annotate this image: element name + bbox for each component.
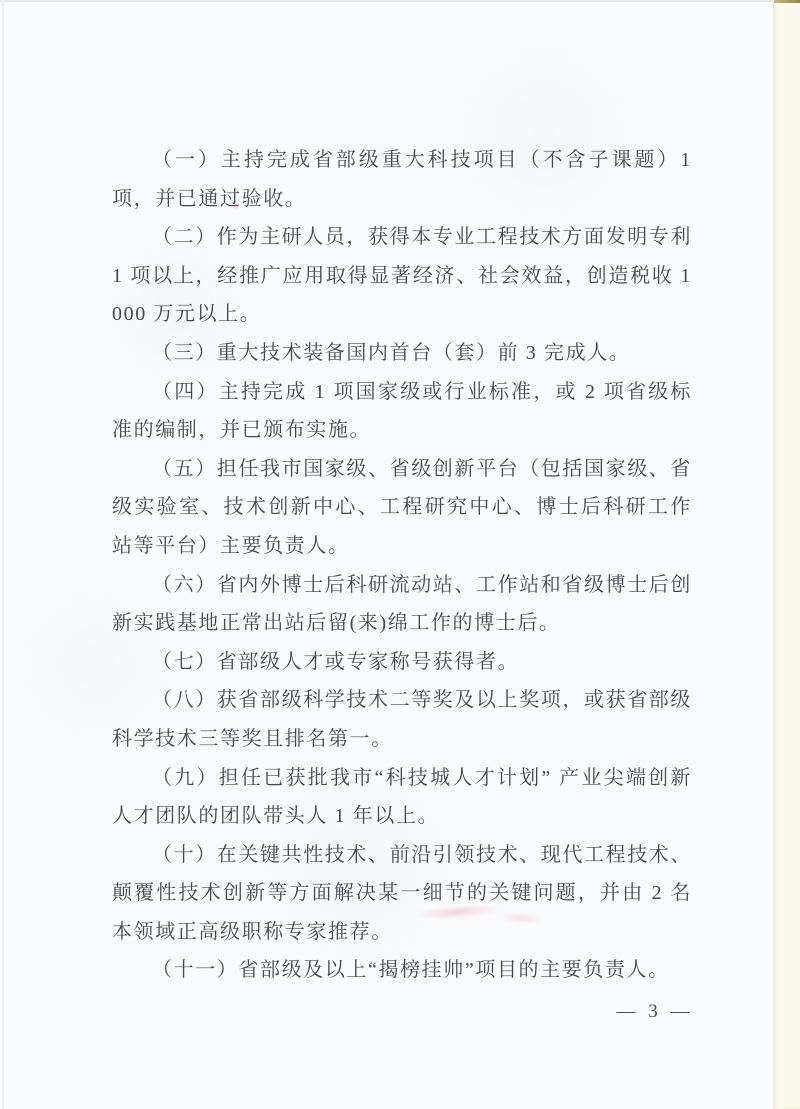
- clause-item-9: （九）担任已获批我市“科技城人才计划” 产业尖端创新人才团队的团队带头人 1 年…: [112, 759, 692, 836]
- clause-item-6: （六）省内外博士后科研流动站、工作站和省级博士后创新实践基地正常出站后留(来)绵…: [112, 566, 692, 643]
- clause-item-8: （八）获省部级科学技术二等奖及以上奖项，或获省部级科学技术三等奖且排名第一。: [112, 681, 692, 758]
- clause-item-11: （十一）省部级及以上“揭榜挂帅”项目的主要负责人。: [112, 951, 692, 990]
- clause-item-2: （二）作为主研人员，获得本专业工程技术方面发明专利 1 项以上，经推广应用取得显…: [112, 218, 692, 334]
- scan-corner-mark: [774, 0, 800, 3]
- clause-item-7: （七）省部级人才或专家称号获得者。: [112, 643, 692, 682]
- clause-item-5: （五）担任我市国家级、省级创新平台（包括国家级、省级实验室、技术创新中心、工程研…: [112, 450, 692, 566]
- clause-item-3: （三）重大技术装备国内首台（套）前 3 完成人。: [112, 334, 692, 373]
- scan-left-edge-line: [2, 0, 4, 1109]
- page-number: — 3 —: [600, 1001, 710, 1023]
- document-body: （一）主持完成省部级重大科技项目（不含子课题）1 项，并已通过验收。 （二）作为…: [112, 141, 692, 990]
- clause-item-1: （一）主持完成省部级重大科技项目（不含子课题）1 项，并已通过验收。: [112, 141, 692, 218]
- scan-right-edge-strip: [773, 0, 800, 1109]
- clause-item-10: （十）在关键共性技术、前沿引领技术、现代工程技术、颠覆性技术创新等方面解决某一细…: [112, 836, 692, 952]
- clause-item-4: （四）主持完成 1 项国家级或行业标准，或 2 项省级标准的编制，并已颁布实施。: [112, 373, 692, 450]
- scan-pink-stain: [233, 204, 239, 209]
- scan-top-edge-line: [0, 0, 774, 2]
- document-page: （一）主持完成省部级重大科技项目（不含子课题）1 项，并已通过验收。 （二）作为…: [0, 0, 800, 1109]
